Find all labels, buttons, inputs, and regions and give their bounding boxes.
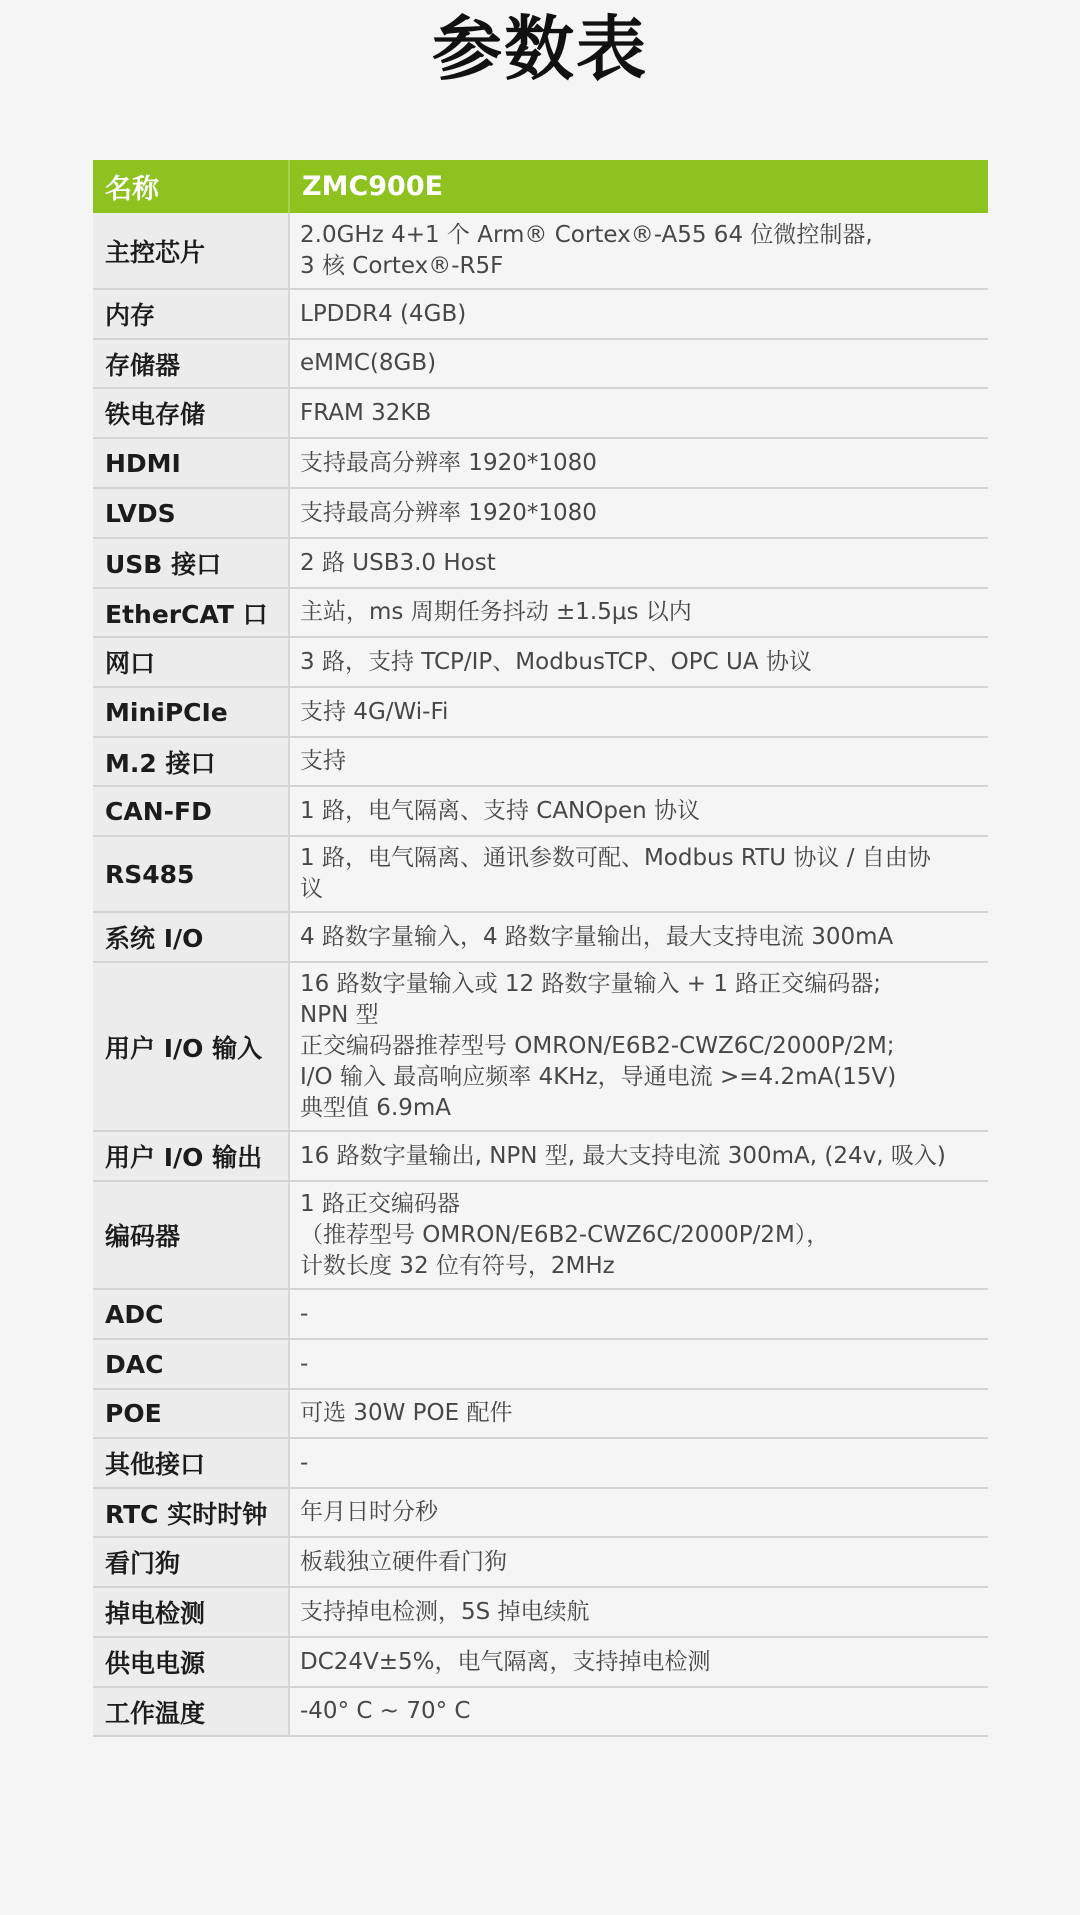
spec-value-line: 16 路数字量输出, NPN 型, 最大支持电流 300mA, (24v, 吸入… bbox=[300, 1141, 974, 1172]
spec-value: 支持掉电检测，5S 掉电续航 bbox=[289, 1587, 988, 1637]
spec-value: - bbox=[289, 1438, 988, 1488]
spec-value-line: 议 bbox=[300, 874, 974, 905]
table-row: 主控芯片2.0GHz 4+1 个 Arm® Cortex®-A55 64 位微控… bbox=[93, 213, 988, 289]
header-model-value: ZMC900E bbox=[289, 160, 988, 213]
spec-value-line: 典型值 6.9mA bbox=[300, 1093, 974, 1124]
spec-value-line: 支持最高分辨率 1920*1080 bbox=[300, 448, 974, 479]
spec-value: 4 路数字量输入，4 路数字量输出，最大支持电流 300mA bbox=[289, 912, 988, 962]
spec-value: 2 路 USB3.0 Host bbox=[289, 538, 988, 588]
table-row: 看门狗板载独立硬件看门狗 bbox=[93, 1537, 988, 1587]
spec-value-line: 支持 bbox=[300, 746, 974, 777]
table-row: 工作温度-40° C ~ 70° C bbox=[93, 1687, 988, 1736]
spec-value: 可选 30W POE 配件 bbox=[289, 1389, 988, 1438]
spec-value-line: eMMC(8GB) bbox=[300, 348, 974, 379]
spec-label: 主控芯片 bbox=[93, 213, 289, 289]
spec-value: LPDDR4 (4GB) bbox=[289, 289, 988, 339]
table-body: 主控芯片2.0GHz 4+1 个 Arm® Cortex®-A55 64 位微控… bbox=[93, 213, 988, 1736]
spec-label: DAC bbox=[93, 1339, 289, 1389]
table-row: 用户 I/O 输出16 路数字量输出, NPN 型, 最大支持电流 300mA,… bbox=[93, 1131, 988, 1181]
table-row: USB 接口2 路 USB3.0 Host bbox=[93, 538, 988, 588]
spec-value-line: 3 路，支持 TCP/IP、ModbusTCP、OPC UA 协议 bbox=[300, 647, 974, 678]
spec-value-line: - bbox=[300, 1299, 974, 1330]
spec-value: 支持最高分辨率 1920*1080 bbox=[289, 488, 988, 538]
spec-value-line: FRAM 32KB bbox=[300, 398, 974, 429]
spec-label: 工作温度 bbox=[93, 1687, 289, 1736]
spec-label: 掉电检测 bbox=[93, 1587, 289, 1637]
spec-value: 1 路正交编码器（推荐型号 OMRON/E6B2-CWZ6C/2000P/2M）… bbox=[289, 1181, 988, 1289]
spec-value: -40° C ~ 70° C bbox=[289, 1687, 988, 1736]
spec-value-line: 支持 4G/Wi-Fi bbox=[300, 697, 974, 728]
spec-label: M.2 接口 bbox=[93, 737, 289, 786]
spec-value: 16 路数字量输入或 12 路数字量输入 + 1 路正交编码器;NPN 型正交编… bbox=[289, 962, 988, 1131]
table-row: 供电电源DC24V±5%，电气隔离，支持掉电检测 bbox=[93, 1637, 988, 1687]
table-row: 铁电存储FRAM 32KB bbox=[93, 388, 988, 438]
spec-value: FRAM 32KB bbox=[289, 388, 988, 438]
spec-label: 内存 bbox=[93, 289, 289, 339]
spec-value: 主站，ms 周期任务抖动 ±1.5μs 以内 bbox=[289, 588, 988, 637]
spec-value-line: 1 路，电气隔离、支持 CANOpen 协议 bbox=[300, 796, 974, 827]
spec-value-line: 1 路正交编码器 bbox=[300, 1189, 974, 1220]
spec-label: CAN-FD bbox=[93, 786, 289, 836]
spec-label: 铁电存储 bbox=[93, 388, 289, 438]
spec-value: 3 路，支持 TCP/IP、ModbusTCP、OPC UA 协议 bbox=[289, 637, 988, 687]
spec-value: 1 路，电气隔离、支持 CANOpen 协议 bbox=[289, 786, 988, 836]
spec-label: 编码器 bbox=[93, 1181, 289, 1289]
spec-value-line: 计数长度 32 位有符号，2MHz bbox=[300, 1251, 974, 1282]
spec-label: LVDS bbox=[93, 488, 289, 538]
spec-value-line: 2 路 USB3.0 Host bbox=[300, 548, 974, 579]
spec-value-line: 4 路数字量输入，4 路数字量输出，最大支持电流 300mA bbox=[300, 922, 974, 953]
spec-value: 支持 4G/Wi-Fi bbox=[289, 687, 988, 737]
spec-label: 系统 I/O bbox=[93, 912, 289, 962]
spec-label: RTC 实时时钟 bbox=[93, 1488, 289, 1537]
spec-value: 支持 bbox=[289, 737, 988, 786]
spec-label: USB 接口 bbox=[93, 538, 289, 588]
spec-value-line: LPDDR4 (4GB) bbox=[300, 299, 974, 330]
table-row: 系统 I/O4 路数字量输入，4 路数字量输出，最大支持电流 300mA bbox=[93, 912, 988, 962]
spec-value-line: 可选 30W POE 配件 bbox=[300, 1398, 974, 1429]
table-row: 存储器eMMC(8GB) bbox=[93, 339, 988, 388]
page-title: 参数表 bbox=[0, 4, 1080, 94]
spec-label: 看门狗 bbox=[93, 1537, 289, 1587]
spec-value-line: 3 核 Cortex®-R5F bbox=[300, 251, 974, 282]
spec-value: 支持最高分辨率 1920*1080 bbox=[289, 438, 988, 488]
spec-label: 用户 I/O 输入 bbox=[93, 962, 289, 1131]
table-row: 网口3 路，支持 TCP/IP、ModbusTCP、OPC UA 协议 bbox=[93, 637, 988, 687]
spec-value-line: 正交编码器推荐型号 OMRON/E6B2-CWZ6C/2000P/2M; bbox=[300, 1031, 974, 1062]
spec-value-line: 支持最高分辨率 1920*1080 bbox=[300, 498, 974, 529]
spec-value-line: 支持掉电检测，5S 掉电续航 bbox=[300, 1597, 974, 1628]
table-row: M.2 接口支持 bbox=[93, 737, 988, 786]
table-row: LVDS支持最高分辨率 1920*1080 bbox=[93, 488, 988, 538]
spec-value-line: -40° C ~ 70° C bbox=[300, 1696, 974, 1727]
table-row: RTC 实时时钟年月日时分秒 bbox=[93, 1488, 988, 1537]
spec-label: POE bbox=[93, 1389, 289, 1438]
table-row: 其他接口- bbox=[93, 1438, 988, 1488]
spec-value-line: 板载独立硬件看门狗 bbox=[300, 1547, 974, 1578]
spec-label: ADC bbox=[93, 1289, 289, 1339]
table-row: HDMI支持最高分辨率 1920*1080 bbox=[93, 438, 988, 488]
spec-label: EtherCAT 口 bbox=[93, 588, 289, 637]
table-row: DAC- bbox=[93, 1339, 988, 1389]
spec-label: 网口 bbox=[93, 637, 289, 687]
spec-label: MiniPCIe bbox=[93, 687, 289, 737]
spec-label: RS485 bbox=[93, 836, 289, 912]
table-row: 用户 I/O 输入16 路数字量输入或 12 路数字量输入 + 1 路正交编码器… bbox=[93, 962, 988, 1131]
spec-value: 年月日时分秒 bbox=[289, 1488, 988, 1537]
spec-value-line: 2.0GHz 4+1 个 Arm® Cortex®-A55 64 位微控制器, bbox=[300, 220, 974, 251]
table-row: 内存LPDDR4 (4GB) bbox=[93, 289, 988, 339]
spec-value: 16 路数字量输出, NPN 型, 最大支持电流 300mA, (24v, 吸入… bbox=[289, 1131, 988, 1181]
table-row: CAN-FD1 路，电气隔离、支持 CANOpen 协议 bbox=[93, 786, 988, 836]
spec-label: HDMI bbox=[93, 438, 289, 488]
spec-value: 2.0GHz 4+1 个 Arm® Cortex®-A55 64 位微控制器,3… bbox=[289, 213, 988, 289]
spec-value-line: - bbox=[300, 1349, 974, 1380]
table-row: RS4851 路，电气隔离、通讯参数可配、Modbus RTU 协议 / 自由协… bbox=[93, 836, 988, 912]
spec-value-line: DC24V±5%，电气隔离，支持掉电检测 bbox=[300, 1647, 974, 1678]
table-header-row: 名称 ZMC900E bbox=[93, 160, 988, 213]
spec-value-line: 16 路数字量输入或 12 路数字量输入 + 1 路正交编码器; bbox=[300, 969, 974, 1000]
spec-value: 1 路，电气隔离、通讯参数可配、Modbus RTU 协议 / 自由协议 bbox=[289, 836, 988, 912]
spec-value: 板载独立硬件看门狗 bbox=[289, 1537, 988, 1587]
spec-value-line: （推荐型号 OMRON/E6B2-CWZ6C/2000P/2M）， bbox=[300, 1220, 974, 1251]
spec-value: DC24V±5%，电气隔离，支持掉电检测 bbox=[289, 1637, 988, 1687]
spec-value-line: 1 路，电气隔离、通讯参数可配、Modbus RTU 协议 / 自由协 bbox=[300, 843, 974, 874]
table-row: ADC- bbox=[93, 1289, 988, 1339]
spec-label: 供电电源 bbox=[93, 1637, 289, 1687]
spec-value: - bbox=[289, 1339, 988, 1389]
spec-table: 名称 ZMC900E 主控芯片2.0GHz 4+1 个 Arm® Cortex®… bbox=[93, 160, 988, 1737]
table-row: POE可选 30W POE 配件 bbox=[93, 1389, 988, 1438]
spec-label: 用户 I/O 输出 bbox=[93, 1131, 289, 1181]
table-row: EtherCAT 口主站，ms 周期任务抖动 ±1.5μs 以内 bbox=[93, 588, 988, 637]
spec-value: - bbox=[289, 1289, 988, 1339]
spec-value-line: I/O 输入 最高响应频率 4KHz，导通电流 >=4.2mA(15V) bbox=[300, 1062, 974, 1093]
table-row: 掉电检测支持掉电检测，5S 掉电续航 bbox=[93, 1587, 988, 1637]
spec-value-line: 年月日时分秒 bbox=[300, 1497, 974, 1528]
spec-value-line: 主站，ms 周期任务抖动 ±1.5μs 以内 bbox=[300, 597, 974, 628]
table-row: MiniPCIe支持 4G/Wi-Fi bbox=[93, 687, 988, 737]
spec-value-line: - bbox=[300, 1448, 974, 1479]
spec-value-line: NPN 型 bbox=[300, 1000, 974, 1031]
spec-value: eMMC(8GB) bbox=[289, 339, 988, 388]
spec-label: 其他接口 bbox=[93, 1438, 289, 1488]
spec-label: 存储器 bbox=[93, 339, 289, 388]
header-name-label: 名称 bbox=[93, 160, 289, 213]
table-row: 编码器1 路正交编码器（推荐型号 OMRON/E6B2-CWZ6C/2000P/… bbox=[93, 1181, 988, 1289]
